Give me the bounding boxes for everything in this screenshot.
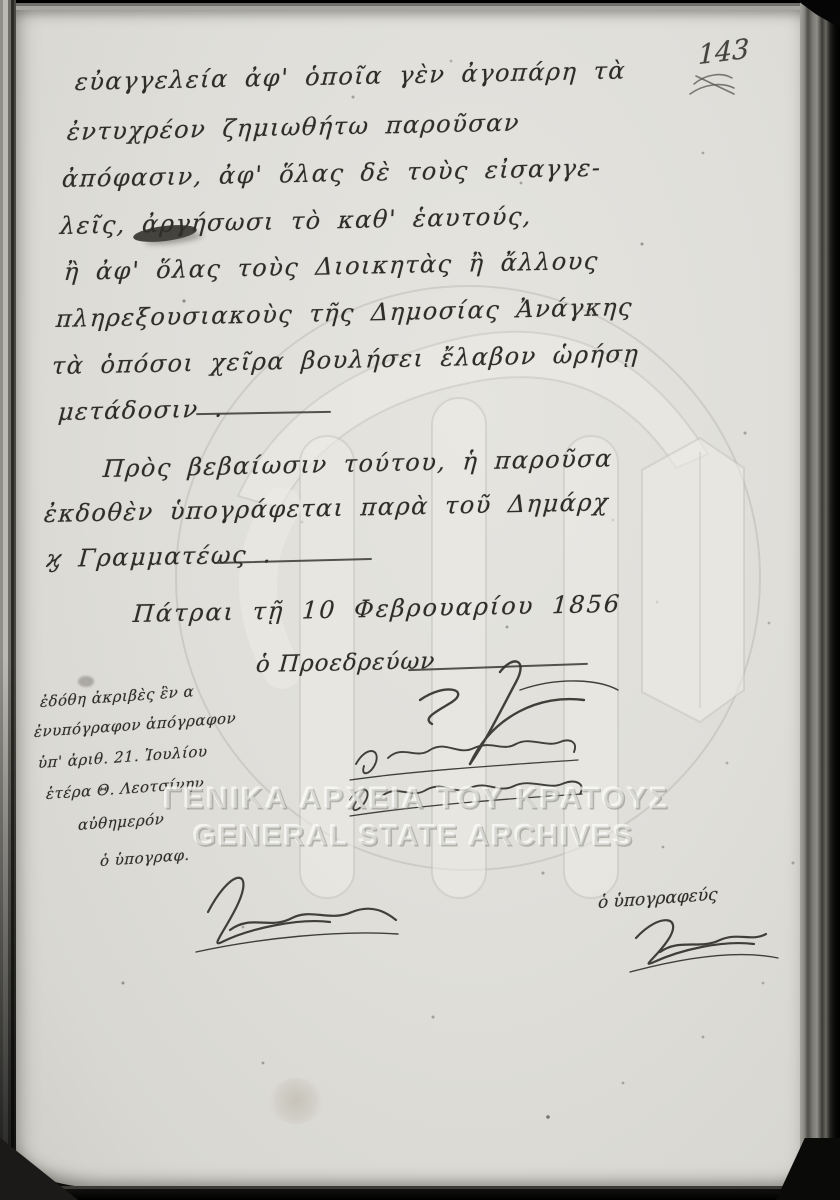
manuscript-line: ϗ Γραμματέως . [45,540,273,573]
watermark-text-english: GENERAL STATE ARCHIVES [193,820,634,853]
book-edge-top [0,0,840,10]
president-title: ὁ Προεδρεύων [255,648,436,678]
page-stack-right-edge [800,0,840,1200]
watermark-text-greek: ΓΕΝΙΚΑ ΑΡΧΕΙΑ ΤΟΥ ΚΡΑΤΟΥΣ [163,782,670,816]
paper-stain [268,1078,324,1124]
manuscript-line: μετάδοσιν . [57,395,225,427]
page-number: 143 [698,34,750,72]
book-binding-left [0,0,16,1200]
paper-stain-small [78,676,94,687]
book-edge-bottom [0,1186,840,1200]
archive-scan-page: { "colors": { "bg": "#0a0a09", "paper": … [0,0,840,1200]
